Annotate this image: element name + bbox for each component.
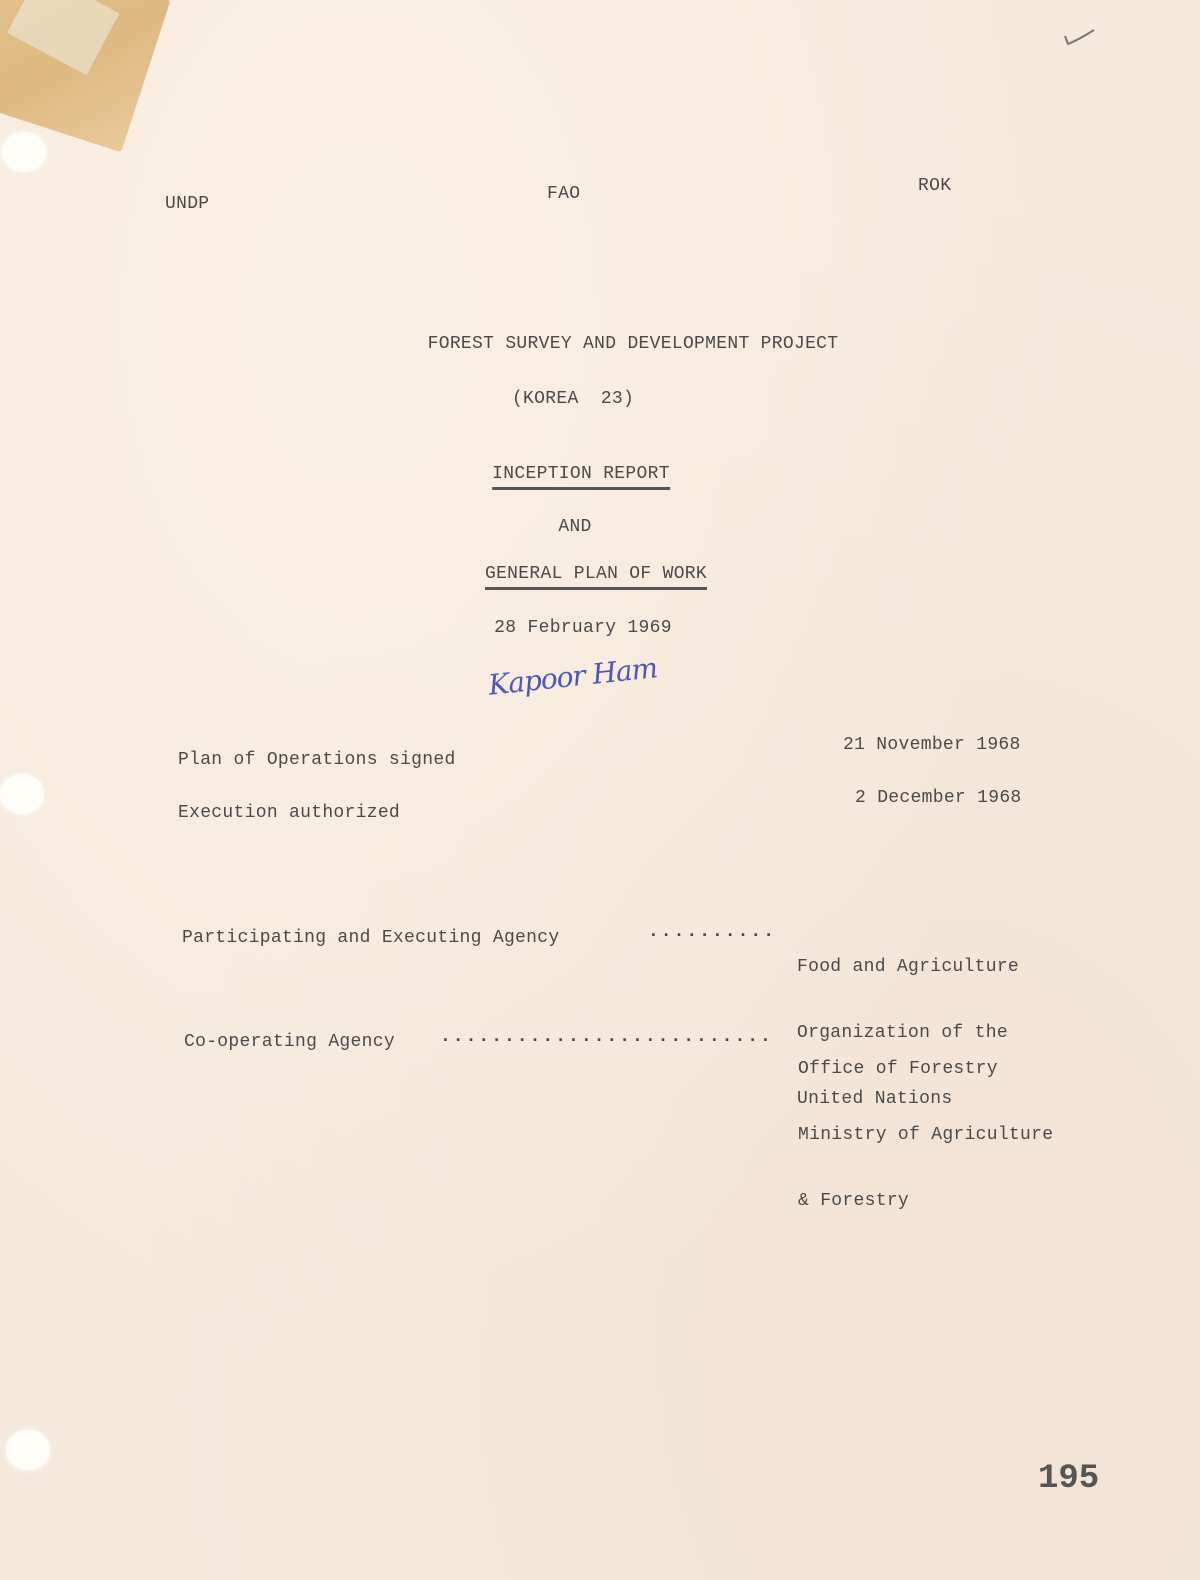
report-title-inception: INCEPTION REPORT (492, 464, 670, 490)
agency-cooperating-line-1: Office of Forestry (798, 1056, 1053, 1082)
agency-cooperating-line-2: Ministry of Agriculture (798, 1122, 1053, 1148)
agency-leader-executing: .......... (648, 922, 776, 942)
tape-overlap (7, 0, 119, 75)
agency-cooperating-line-3: & Forestry (798, 1188, 1053, 1214)
agency-executing-line-1: Food and Agriculture (797, 954, 1019, 980)
punch-hole-bottom (6, 1430, 50, 1470)
agency-label-executing: Participating and Executing Agency (182, 928, 559, 948)
milestone-date-plan-signed: 21 November 1968 (843, 735, 1021, 755)
milestone-label-plan-signed: Plan of Operations signed (178, 750, 456, 770)
report-date: 28 February 1969 (494, 618, 672, 638)
header-left-org: UNDP (165, 194, 209, 214)
project-title: FOREST SURVEY AND DEVELOPMENT PROJECT (428, 334, 839, 354)
report-title-plan: GENERAL PLAN OF WORK (485, 564, 707, 590)
punch-hole-middle (0, 774, 44, 814)
punch-hole-top (2, 132, 46, 172)
agency-leader-cooperating: .......................... (440, 1027, 773, 1047)
header-center-org: FAO (547, 184, 580, 204)
agency-value-cooperating: Office of Forestry Ministry of Agricultu… (798, 1016, 1053, 1234)
header-right-org: ROK (918, 176, 951, 196)
milestone-label-execution: Execution authorized (178, 803, 400, 823)
report-title-and: AND (558, 517, 591, 537)
agency-label-cooperating: Co-operating Agency (184, 1032, 395, 1052)
milestone-date-execution: 2 December 1968 (855, 788, 1022, 808)
page-number: 195 (1038, 1460, 1099, 1498)
project-code: (KOREA 23) (512, 389, 634, 409)
checkmark-icon (1062, 28, 1096, 48)
